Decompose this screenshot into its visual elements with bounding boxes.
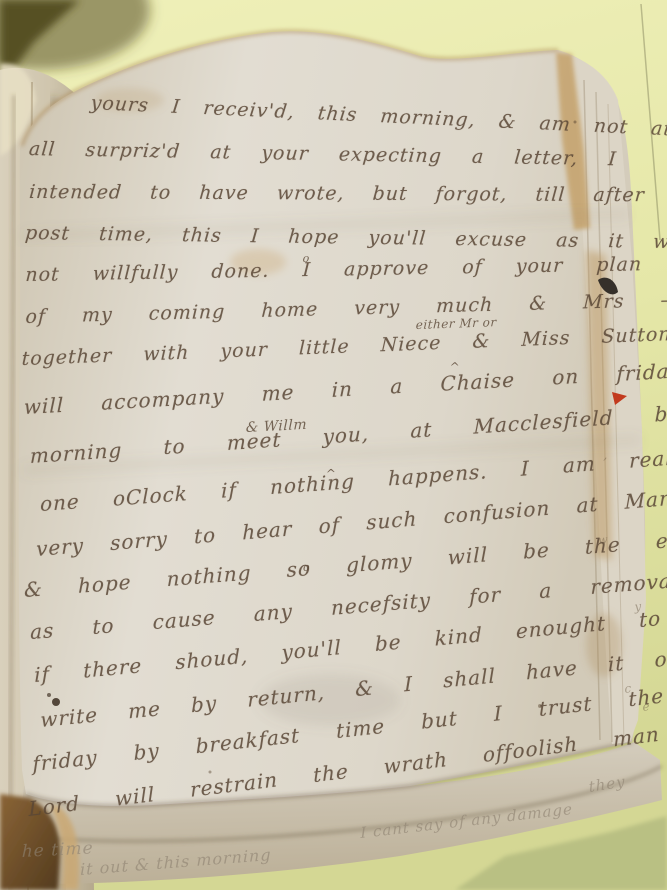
letter-line-5: not willfully done. I approve of your pl…	[25, 253, 643, 286]
photograph-of-handwritten-letter: yours I receiv'd, this morning, & am not…	[0, 0, 667, 890]
edge-fragment-4: c	[624, 681, 633, 696]
interlinear-insertion-5: ^	[326, 466, 337, 481]
edge-fragment-3: y	[634, 599, 643, 614]
under-sheet-line-4: it out & this morning	[80, 845, 272, 879]
letter-line-4: post time, this I hope you'll excuse as …	[24, 222, 667, 253]
interlinear-insertion-1: o	[302, 252, 310, 265]
letter-line-7: together with your little Niece & Miss S…	[21, 323, 667, 370]
edge-fragment-2: w	[598, 533, 609, 547]
letter-line-2: all surpriz'd at your expecting a letter…	[28, 138, 618, 170]
edge-fragment-5: e	[642, 699, 651, 714]
interlinear-insertion-3: ^	[449, 360, 461, 374]
handwriting-layer: yours I receiv'd, this morning, & am not…	[0, 0, 667, 890]
interlinear-insertion-6: o	[303, 561, 310, 575]
interlinear-insertion-4: & Willm	[246, 417, 307, 436]
letter-line-3: intended to have wrote, but forgot, till…	[28, 181, 645, 206]
under-sheet-line-3: I cant say of any damage	[360, 800, 573, 842]
under-sheet-line-1: they	[588, 772, 626, 796]
interlinear-insertion-2: either Mr or	[416, 315, 497, 332]
under-sheet-line-2: he time	[22, 838, 94, 862]
letter-line-6: of my coming home very much & Mrs —	[25, 289, 667, 328]
letter-line-1: yours I receiv'd, this morning, & am not…	[89, 92, 667, 140]
edge-fragment-1: ,	[603, 448, 609, 463]
